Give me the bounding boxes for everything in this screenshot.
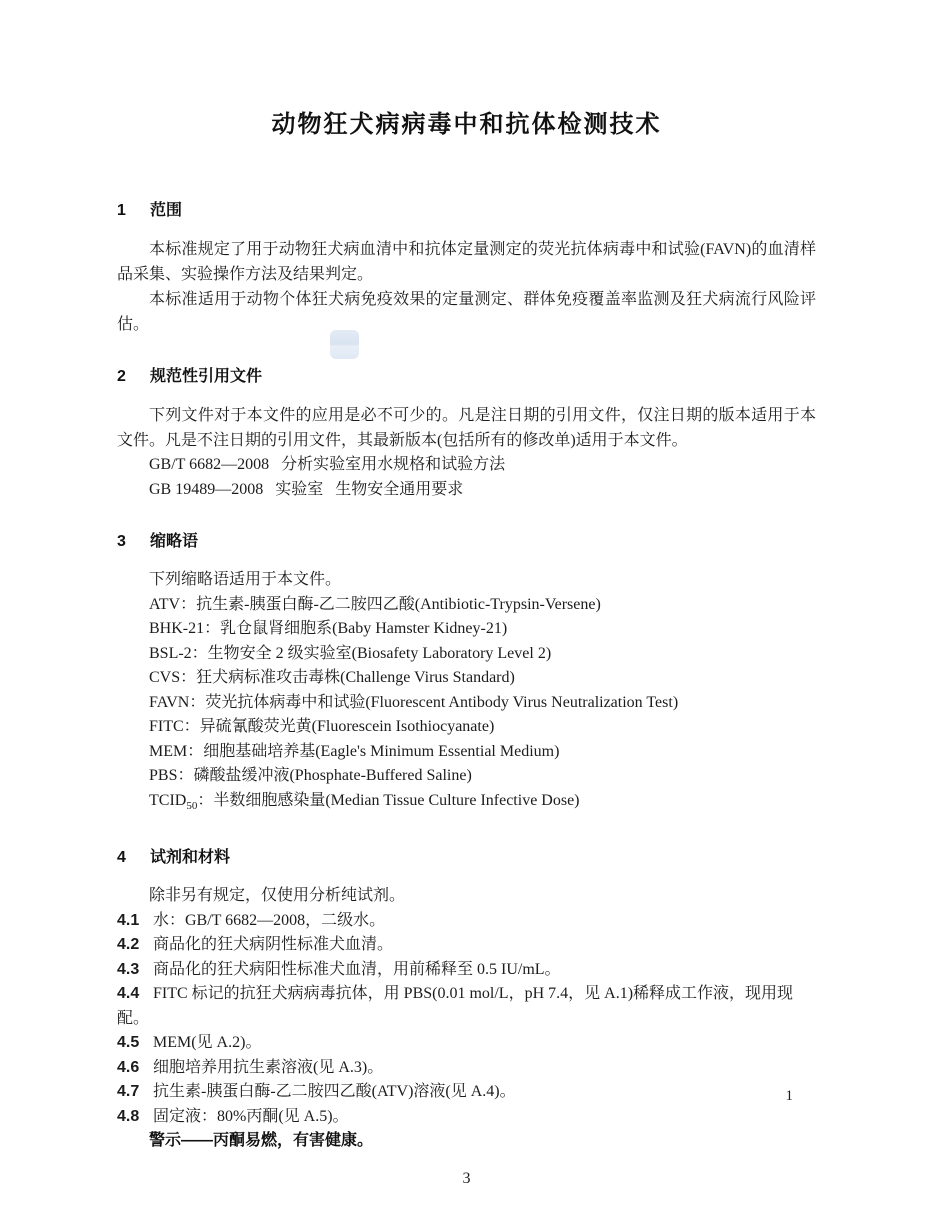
- reagent-item-4-8: 4.8固定液：80%丙酮(见 A.5)。: [117, 1105, 816, 1130]
- normative-reference-1: GB/T 6682—2008 分析实验室用水规格和试验方法: [117, 453, 816, 478]
- section-1-number: 1: [117, 202, 150, 220]
- item-number: 4.1: [117, 909, 153, 934]
- abbreviations-intro: 下列缩略语适用于本文件。: [117, 568, 816, 593]
- tcid-prefix: TCID: [149, 792, 186, 809]
- acetone-warning: 警示——丙酮易燃，有害健康。: [117, 1129, 816, 1154]
- item-text: 商品化的狂犬病阳性标准犬血清，用前稀释至 0.5 IU/mL。: [153, 961, 561, 978]
- abbreviation-tcid50: TCID50：半数细胞感染量(Median Tissue Culture Inf…: [117, 789, 816, 819]
- section-4-heading: 4试剂和材料: [117, 844, 816, 867]
- abbreviation-bhk21: BHK-21：乳仓鼠肾细胞系(Baby Hamster Kidney-21): [117, 617, 816, 642]
- section-2-paragraph-1: 下列文件对于本文件的应用是必不可少的。凡是注日期的引用文件，仅注日期的版本适用于…: [117, 403, 816, 453]
- item-text: 抗生素-胰蛋白酶-乙二胺四乙酸(ATV)溶液(见 A.4)。: [153, 1083, 516, 1100]
- abbreviation-fitc: FITC：异硫氰酸荧光黄(Fluorescein Isothiocyanate): [117, 715, 816, 740]
- section-2-title: 规范性引用文件: [150, 368, 262, 385]
- item-text: MEM(见 A.2)。: [153, 1034, 261, 1051]
- abbreviation-pbs: PBS：磷酸盐缓冲液(Phosphate-Buffered Saline): [117, 764, 816, 789]
- reagent-item-4-3: 4.3商品化的狂犬病阳性标准犬血清，用前稀释至 0.5 IU/mL。: [117, 958, 816, 983]
- section-1-heading: 1范围: [117, 197, 816, 220]
- section-4-number: 4: [117, 849, 150, 867]
- abbreviation-favn: FAVN：荧光抗体病毒中和试验(Fluorescent Antibody Vir…: [117, 691, 816, 716]
- abbreviation-atv: ATV：抗生素-胰蛋白酶-乙二胺四乙酸(Antibiotic-Trypsin-V…: [117, 593, 816, 618]
- item-number: 4.4: [117, 982, 153, 1007]
- reagents-intro: 除非另有规定，仅使用分析纯试剂。: [117, 884, 816, 909]
- item-number: 4.6: [117, 1056, 153, 1081]
- item-number: 4.5: [117, 1031, 153, 1056]
- item-number: 4.3: [117, 958, 153, 983]
- watermark-logo: [330, 330, 359, 359]
- footer-page-number: 3: [0, 1170, 933, 1188]
- abbreviation-bsl2: BSL-2：生物安全 2 级实验室(Biosafety Laboratory L…: [117, 642, 816, 667]
- section-3-number: 3: [117, 533, 150, 551]
- abbreviation-cvs: CVS：狂犬病标准攻击毒株(Challenge Virus Standard): [117, 666, 816, 691]
- reagent-item-4-4: 4.4FITC 标记的抗狂犬病病毒抗体，用 PBS(0.01 mol/L，pH …: [117, 982, 816, 1031]
- reagent-item-4-7: 4.7抗生素-胰蛋白酶-乙二胺四乙酸(ATV)溶液(见 A.4)。: [117, 1080, 816, 1105]
- page-number: 1: [786, 1088, 794, 1105]
- section-1-paragraph-2: 本标准适用于动物个体狂犬病免疫效果的定量测定、群体免疫覆盖率监测及狂犬病流行风险…: [117, 287, 816, 337]
- section-1-paragraph-1: 本标准规定了用于动物狂犬病血清中和抗体定量测定的荧光抗体病毒中和试验(FAVN)…: [117, 237, 816, 287]
- tcid-definition: ：半数细胞感染量(Median Tissue Culture Infective…: [197, 792, 579, 809]
- section-1-title: 范围: [150, 202, 182, 219]
- item-number: 4.2: [117, 933, 153, 958]
- item-text: 商品化的狂犬病阴性标准犬血清。: [153, 936, 393, 953]
- item-number: 4.7: [117, 1080, 153, 1105]
- item-text: 水：GB/T 6682—2008，二级水。: [153, 912, 385, 929]
- abbreviation-mem: MEM：细胞基础培养基(Eagle's Minimum Essential Me…: [117, 740, 816, 765]
- normative-reference-2: GB 19489—2008 实验室 生物安全通用要求: [117, 478, 816, 503]
- section-2-heading: 2规范性引用文件: [117, 363, 816, 386]
- item-number: 4.8: [117, 1105, 153, 1130]
- item-text: 固定液：80%丙酮(见 A.5)。: [153, 1108, 349, 1125]
- section-4-title: 试剂和材料: [150, 849, 230, 866]
- document-content: 动物狂犬病病毒中和抗体检测技术 1范围 本标准规定了用于动物狂犬病血清中和抗体定…: [0, 104, 933, 1154]
- section-3-heading: 3缩略语: [117, 528, 816, 551]
- item-text: 细胞培养用抗生素溶液(见 A.3)。: [153, 1059, 383, 1076]
- reagent-item-4-5: 4.5MEM(见 A.2)。: [117, 1031, 816, 1056]
- section-3-title: 缩略语: [150, 533, 198, 550]
- item-text: FITC 标记的抗狂犬病病毒抗体，用 PBS(0.01 mol/L，pH 7.4…: [117, 985, 793, 1027]
- document-page: 动物狂犬病病毒中和抗体检测技术 1范围 本标准规定了用于动物狂犬病血清中和抗体定…: [0, 0, 933, 1211]
- section-2-number: 2: [117, 368, 150, 386]
- reagent-item-4-1: 4.1水：GB/T 6682—2008，二级水。: [117, 909, 816, 934]
- reagent-item-4-2: 4.2商品化的狂犬病阴性标准犬血清。: [117, 933, 816, 958]
- reagent-item-4-6: 4.6细胞培养用抗生素溶液(见 A.3)。: [117, 1056, 816, 1081]
- document-title: 动物狂犬病病毒中和抗体检测技术: [117, 104, 816, 139]
- tcid-subscript: 50: [186, 800, 197, 812]
